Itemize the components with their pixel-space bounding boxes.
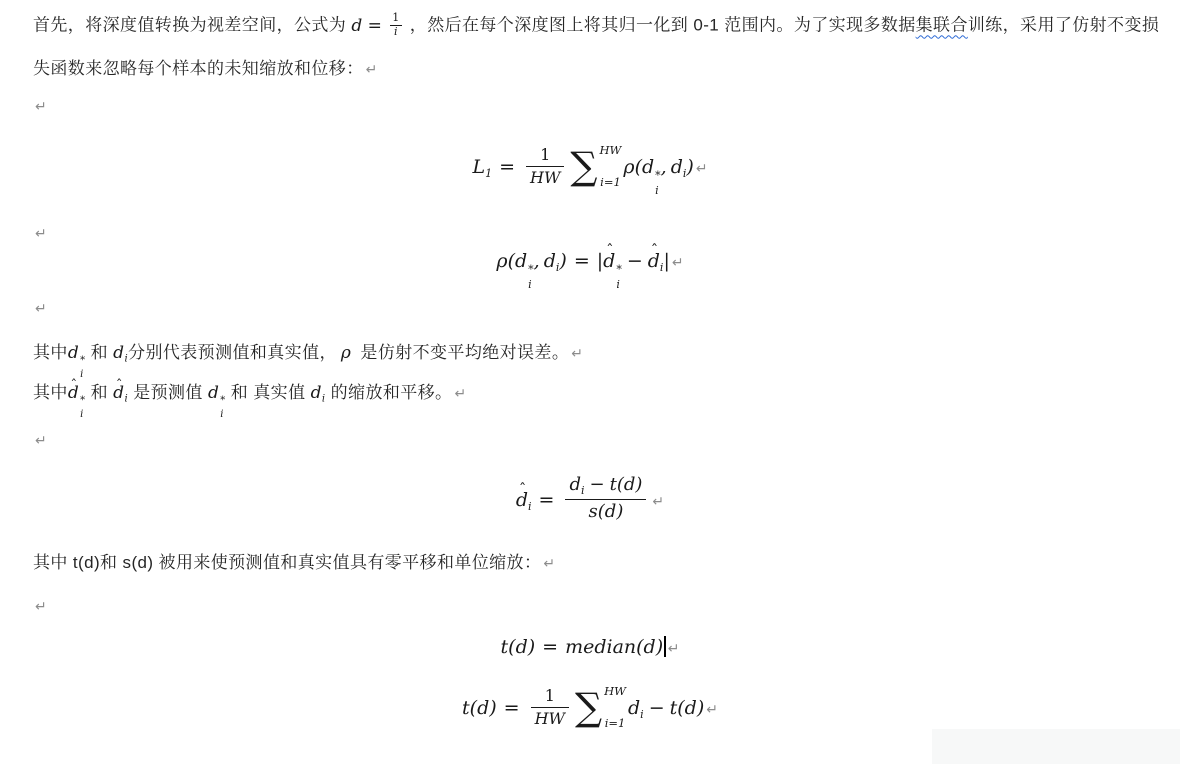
frac-num: 1 [526,145,564,167]
t-of-d: t(d) [610,474,643,495]
empty-paragraph-3: ↵ [33,300,47,318]
d-token: d [311,383,322,403]
fraction-1-over-HW: 1HW [531,686,569,729]
inline-d-i: di [113,343,128,363]
p1-seg1: 首先，将深度值转换为视差空间，公式为 [33,16,351,35]
formula-rho-definition: ρ(d*i,di)=|ˆd*i−ˆdi|↵ [0,250,1180,290]
s-of-d: s(d) [589,501,624,522]
sigma-symbol: ∑ [575,689,602,725]
inline-formula-d-eq: d= [351,16,387,36]
empty-paragraph-5: ↵ [33,598,47,616]
equals-sign: = [542,636,558,658]
i-sub: i [581,484,585,497]
pilcrow-mark: ↵ [35,99,47,115]
median-of-d: median(d) [565,636,663,658]
formula-t-median-content: t(d)=median(d) [501,636,664,658]
pilcrow-mark: ↵ [35,226,47,242]
L-token: L [472,156,485,178]
L-subscript: 1 [485,167,492,180]
d-token: d [569,474,581,495]
d-hat: ˆd [648,250,660,272]
paragraph-1-line-2: 失函数来忽略每个样本的未知缩放和位移：↵ [33,57,377,82]
formula-dhat-content: ˆdi=di−t(d)s(d) [516,489,651,511]
inline-d: d [351,16,362,36]
pB-seg2: 和 [86,383,114,402]
fraction-1-over-HW: 1HW [526,145,564,188]
d-token: d [68,343,79,363]
pB-seg3: 是预测值 [128,383,208,402]
i-sub: i [616,279,620,290]
minus-sign: − [649,697,665,719]
sum-limits: HWi=1 [604,684,626,730]
corner-overlay [932,729,1180,764]
d-token: d [208,383,219,403]
inline-frac-num: 1 [390,12,401,26]
i-sub: i [80,370,84,380]
pB-seg4: 和 真实值 [226,383,311,402]
inline-d-star-i: d*i [68,343,86,363]
pilcrow-mark: ↵ [706,702,718,718]
d-token: d [628,697,640,719]
pC-text: 其中 t(d)和 s(d) 被用来使预测值和真实值具有零平移和单位缩放： [33,553,541,572]
formula-t-median: t(d)=median(d)↵ [0,636,1180,659]
comma: , [661,156,667,178]
pilcrow-mark: ↵ [571,346,583,362]
i-sub: i [80,410,84,420]
sum-upper-limit: HW [600,143,622,157]
hat-accent: ˆ [71,374,78,398]
formula-dhat-normalization: ˆdi=di−t(d)s(d)↵ [0,476,1180,525]
fraction-di-minus-td-over-sd: di−t(d)s(d) [565,474,646,523]
d-hat: ˆd [603,250,615,272]
d-token: d [544,250,556,272]
comma: , [534,250,540,272]
document-page[interactable]: 首先，将深度值转换为视差空间，公式为 d=1i ，然后在每个深度图上将其归一化到… [0,0,1180,764]
sum-lower-limit: i=1 [600,175,622,189]
t-of-d: t(d) [501,636,536,658]
equals-sign: = [499,156,515,178]
inline-dhat-star-i: ˆd*i [68,383,86,403]
d-hat: ˆd [113,381,124,405]
equals-sign: = [504,697,520,719]
pilcrow-mark: ↵ [543,556,555,572]
i-sub: i [655,185,659,196]
d-token: d [515,250,527,272]
rho-token: ρ [496,250,507,272]
hat-accent: ˆ [116,374,123,398]
hat-accent: ˆ [651,242,658,259]
d-token: d [113,343,124,363]
pilcrow-mark: ↵ [672,255,684,271]
pilcrow-mark: ↵ [668,641,680,657]
formula-rho-content: ρ(d*i,di)=|ˆd*i−ˆdi| [496,250,669,272]
pilcrow-mark: ↵ [366,62,378,78]
text-caret [664,636,666,657]
pilcrow-mark: ↵ [35,599,47,615]
sum-limits: HWi=1 [600,143,622,189]
t-of-d: t(d) [670,697,705,719]
frac-den: s(d) [565,500,646,524]
pB-seg5: 的缩放和平移。 [326,383,453,402]
minus-sign: − [627,250,643,272]
p1-seg2: ，然后在每个深度图上将其归一化到 0-1 范围内。为了实现多数据 [405,16,916,35]
paragraph-1-line-1: 首先，将深度值转换为视差空间，公式为 d=1i ，然后在每个深度图上将其归一化到… [33,13,1159,39]
pilcrow-mark: ↵ [652,494,664,510]
p1-seg3: 训练，采用了仿射不变损 [968,16,1159,35]
star-sup: * [616,264,622,275]
formula-t-mean-abs: t(d)=1HW∑HWi=1di−t(d)↵ [0,686,1180,732]
inline-d-i: di [311,383,326,403]
pilcrow-mark: ↵ [35,301,47,317]
inline-d-star-i: d*i [208,383,226,403]
pilcrow-mark: ↵ [696,161,708,177]
inline-rho: ρ [341,343,351,363]
sum-lower-limit: i=1 [604,716,626,730]
rho-token: ρ [341,343,351,363]
grammar-squiggle-word[interactable]: 集联合 [916,16,968,35]
pA-seg3: 分别代表预测值和真实值， [128,343,337,362]
paragraph-C: 其中 t(d)和 s(d) 被用来使预测值和真实值具有零平移和单位缩放：↵ [33,551,555,576]
inline-fraction-1-over-i: 1i [390,12,401,38]
sum-upper-limit: HW [604,684,626,698]
frac-num: 1 [531,686,569,708]
pA-seg1: 其中 [33,343,68,362]
formula-L1-content: L1=1HW∑HWi=1ρ(d*i,di) [472,156,693,178]
d-hat: ˆd [68,381,79,405]
pB-seg1: 其中 [33,383,68,402]
formula-L1-loss: L1=1HW∑HWi=1ρ(d*i,di)↵ [0,145,1180,196]
pA-seg4: 是仿射不变平均绝对误差。 [355,343,569,362]
i-sub: i [220,410,224,420]
minus-sign: − [590,474,605,495]
empty-paragraph-2: ↵ [33,225,47,243]
inline-frac-den: i [390,26,401,39]
close-paren: ) [559,250,566,272]
abs-bar: | [663,250,669,272]
pilcrow-mark: ↵ [454,386,466,402]
summation: ∑HWi=1 [575,684,626,730]
d-token: d [642,156,654,178]
sigma-symbol: ∑ [570,148,597,184]
d-star-i-scripts: *i [616,264,622,290]
inline-dhat-i: ˆdi [113,383,128,403]
empty-paragraph-1: ↵ [33,98,47,116]
frac-den: HW [531,708,569,729]
i-sub: i [640,708,644,721]
frac-num: di−t(d) [565,474,646,500]
hat-accent: ˆ [606,242,613,259]
rho-token: ρ [623,156,634,178]
hat-accent: ˆ [519,481,526,498]
i-sub: i [528,279,532,290]
open-paren: ( [508,250,515,272]
d-hat: ˆd [516,489,528,511]
paragraph-B: 其中ˆd*i 和 ˆdi 是预测值 d*i 和 真实值 di 的缩放和平移。↵ [33,381,466,420]
pA-seg2: 和 [86,343,114,362]
summation: ∑HWi=1 [570,143,621,189]
i-sub: i [528,499,532,512]
pilcrow-mark: ↵ [35,433,47,449]
formula-t-mean-content: t(d)=1HW∑HWi=1di−t(d) [462,697,704,719]
equals-sign: = [539,489,555,511]
d-token: d [671,156,683,178]
equals-sign: = [574,250,590,272]
t-of-d: t(d) [462,697,497,719]
p1-line2-text: 失函数来忽略每个样本的未知缩放和位移： [33,59,364,78]
frac-den: HW [526,167,564,188]
close-paren: ) [686,156,693,178]
open-paren: ( [635,156,642,178]
empty-paragraph-4: ↵ [33,432,47,450]
inline-equals: = [368,16,383,36]
